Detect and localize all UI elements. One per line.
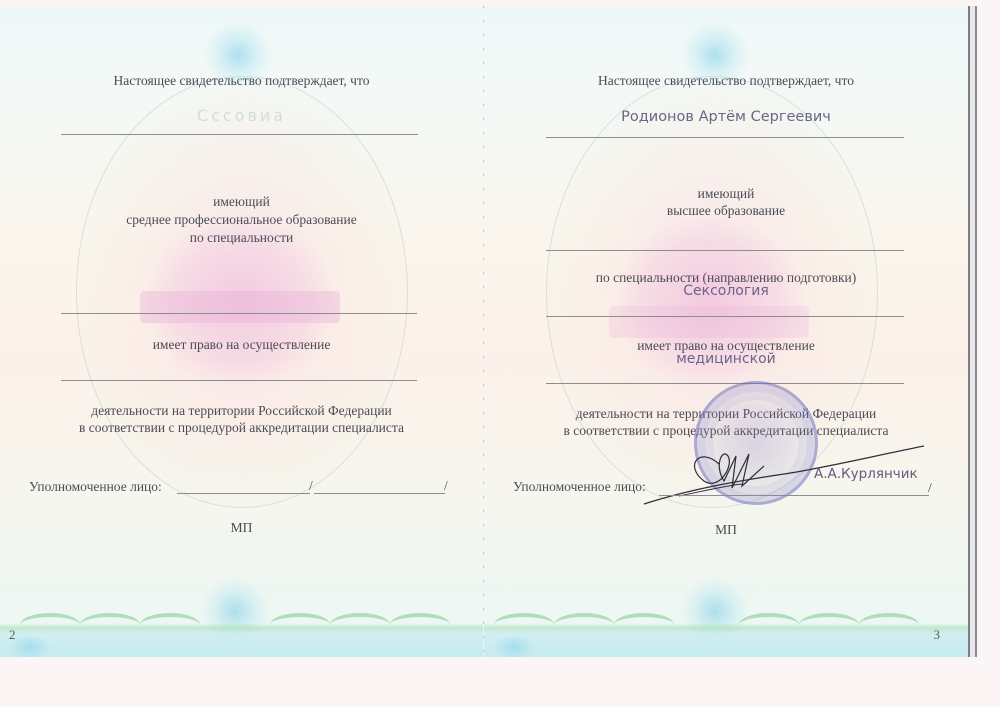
signature-line	[177, 493, 310, 494]
border-scallop	[20, 613, 80, 637]
seal-label: МП	[0, 519, 483, 537]
holder-name-line	[61, 134, 418, 135]
signature-separator: /	[309, 478, 313, 494]
signature-line	[659, 495, 929, 496]
procedure-text: в соответствии с процедурой аккредитации…	[0, 419, 483, 437]
authorized-person-name: А.А.Курлянчик	[814, 466, 918, 482]
holder-name-line	[546, 137, 904, 138]
activity-value: медицинской	[484, 351, 968, 367]
page-edge	[968, 6, 977, 657]
page-number: 2	[9, 627, 16, 643]
education-line	[546, 250, 904, 251]
certifies-text: Настоящее свидетельство подтверждает, чт…	[484, 72, 968, 90]
authorized-person-label: Уполномоченное лицо:	[513, 479, 646, 495]
faint-background-text: Сссовиа	[0, 106, 483, 125]
bowl-of-hygieia-emblem	[140, 291, 340, 323]
border-scallop	[140, 613, 200, 637]
border-scallop	[614, 613, 674, 637]
having-text: имеющий	[484, 185, 968, 203]
certifies-text: Настоящее свидетельство подтверждает, чт…	[0, 72, 483, 90]
border-scallop	[494, 613, 554, 637]
education-text: высшее образование	[484, 202, 968, 220]
border-scallop	[739, 613, 799, 637]
border-scallop	[859, 613, 919, 637]
specialty-value: Сексология	[484, 283, 968, 299]
having-text: имеющий	[0, 193, 483, 211]
border-scallop	[270, 613, 330, 637]
specialty-line	[61, 313, 417, 314]
education-text: среднее профессиональное образование	[0, 211, 483, 229]
bowl-of-hygieia-emblem	[609, 306, 809, 338]
right-page: Настоящее свидетельство подтверждает, чт…	[484, 6, 968, 657]
authorized-person-label: Уполномоченное лицо:	[29, 479, 162, 495]
right-text: имеет право на осуществление	[0, 336, 483, 354]
certificate-spread: Настоящее свидетельство подтверждает, чт…	[0, 6, 968, 657]
signature-end: /	[928, 480, 932, 496]
seal-label: МП	[484, 521, 968, 539]
activity-line	[546, 383, 904, 384]
border-scallop	[390, 613, 450, 637]
border-scallop	[330, 613, 390, 637]
border-scallop	[554, 613, 614, 637]
left-page: Настоящее свидетельство подтверждает, чт…	[0, 6, 483, 657]
specialty-line	[546, 316, 904, 317]
name-line	[314, 493, 445, 494]
border-scallop	[80, 613, 140, 637]
signature-end: /	[444, 478, 448, 494]
territory-text: деятельности на территории Российской Фе…	[0, 402, 483, 420]
page-number: 3	[934, 627, 941, 643]
border-scallop	[799, 613, 859, 637]
holder-name: Родионов Артём Сергеевич	[484, 109, 968, 125]
specialty-label: по специальности	[0, 229, 483, 247]
activity-line	[61, 380, 417, 381]
